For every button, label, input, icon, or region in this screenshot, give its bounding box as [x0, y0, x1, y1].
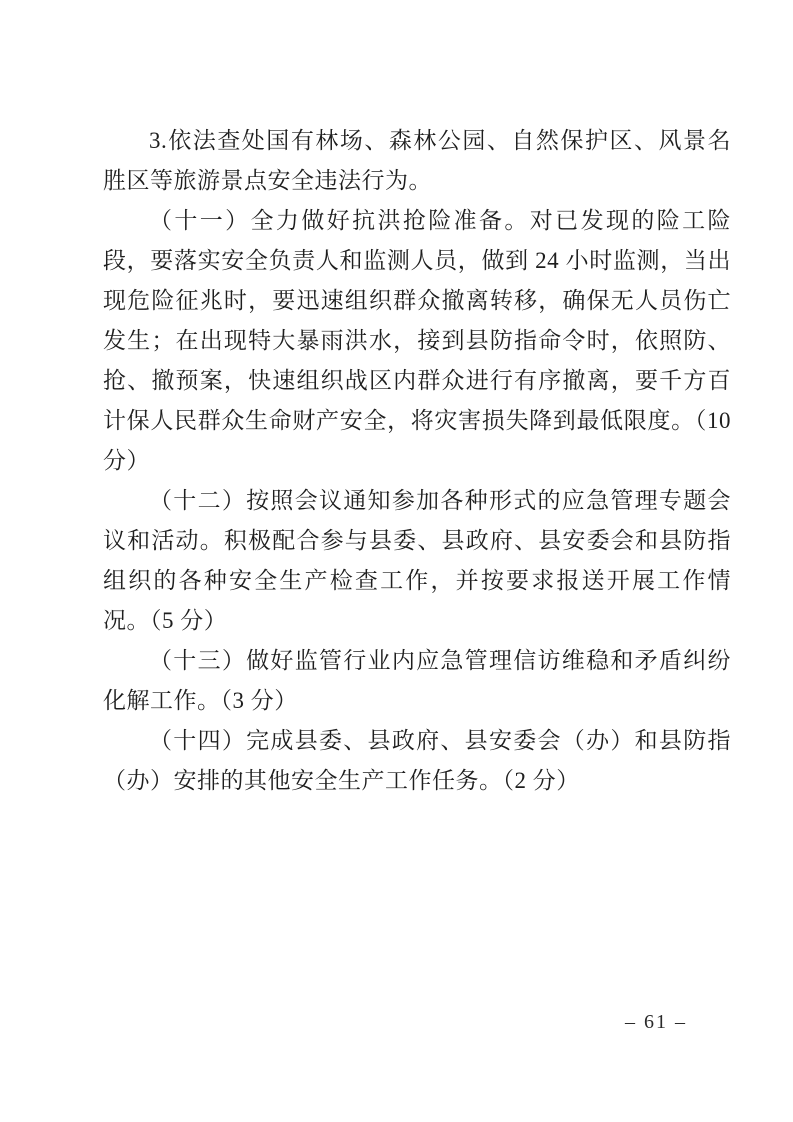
paragraph-item-11: （十一）全力做好抗洪抢险准备。对已发现的险工险段，要落实安全负责人和监测人员，做… — [103, 201, 731, 481]
paragraph-item-13: （十三）做好监管行业内应急管理信访维稳和矛盾纠纷化解工作。（3 分） — [103, 641, 731, 721]
paragraph-item-12: （十二）按照会议通知参加各种形式的应急管理专题会议和活动。积极配合参与县委、县政… — [103, 481, 731, 641]
page-number: – 61 – — [625, 1008, 687, 1036]
paragraph-item-3: 3.依法查处国有林场、森林公园、自然保护区、风景名胜区等旅游景点安全违法行为。 — [103, 121, 731, 201]
document-body: 3.依法查处国有林场、森林公园、自然保护区、风景名胜区等旅游景点安全违法行为。 … — [103, 121, 731, 801]
paragraph-item-14: （十四）完成县委、县政府、县安委会（办）和县防指（办）安排的其他安全生产工作任务… — [103, 721, 731, 801]
document-page: 3.依法查处国有林场、森林公园、自然保护区、风景名胜区等旅游景点安全违法行为。 … — [0, 0, 793, 1122]
